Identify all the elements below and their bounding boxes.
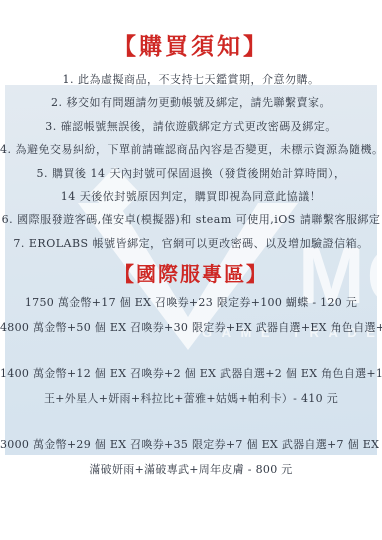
offer-3-line-2: 王+外星人+妍雨+科拉比+蕾雅+姑媽+帕利卡）- 410 元 (0, 386, 382, 411)
notice-line-6: 6. 國際服發遊客碼,僅安卓(模擬器)和 steam 可使用,iOS 請聯繫客服… (0, 208, 382, 231)
page-title: 【購買須知】 (0, 32, 382, 62)
section-title-international-server: 【國際服專區】 (0, 259, 382, 289)
notice-line-3: 3. 確認帳號無誤後，請依遊戲綁定方式更改密碼及綁定。 (0, 115, 382, 138)
document-content: 【購買須知】 1. 此為虛擬商品，不支持七天鑑賞期，介意勿購。 2. 移交如有問… (0, 0, 382, 540)
notice-line-5: 5. 購買後 14 天內封號可保固退換（發貨後開始計算時間）， (0, 162, 382, 185)
notice-line-2: 2. 移交如有問題請勿更動帳號及綁定，請先聯繫賣家。 (0, 91, 382, 114)
notice-line-4: 4. 為避免交易糾紛，下單前請確認商品內容是否變更，未標示資源為隨機。 (0, 138, 382, 161)
offer-3-line-1: 1400 萬金幣+12 個 EX 召喚券+2 個 EX 武器自選+2 個 EX … (0, 361, 382, 386)
purchase-notice-page: MG GAME TRADE 【購買須知】 1. 此為虛擬商品，不支持七天鑑賞期，… (0, 0, 382, 540)
offer-4-line-1: 3000 萬金幣+29 個 EX 召喚券+35 限定券+7 個 EX 武器自選+… (0, 432, 382, 457)
notice-line-7: 7. EROLABS 帳號皆綁定，官網可以更改密碼、以及增加驗證信箱。 (0, 232, 382, 255)
notice-list: 1. 此為虛擬商品，不支持七天鑑賞期，介意勿購。 2. 移交如有問題請勿更動帳號… (0, 68, 382, 255)
notice-line-5-continued: 14 天後依封號原因判定，購買即視為同意此協議！ (0, 185, 382, 208)
offer-4-line-2: 滿破妍雨+滿破專武+周年皮膚 - 800 元 (0, 457, 382, 482)
offer-list: 1750 萬金幣+17 個 EX 召喚券+23 限定券+100 蝴蝶 - 120… (0, 290, 382, 482)
offer-2: 4800 萬金幣+50 個 EX 召喚券+30 限定券+EX 武器自選+EX 角… (0, 315, 382, 340)
notice-line-1: 1. 此為虛擬商品，不支持七天鑑賞期，介意勿購。 (0, 68, 382, 91)
offer-1: 1750 萬金幣+17 個 EX 召喚券+23 限定券+100 蝴蝶 - 120… (0, 290, 382, 315)
